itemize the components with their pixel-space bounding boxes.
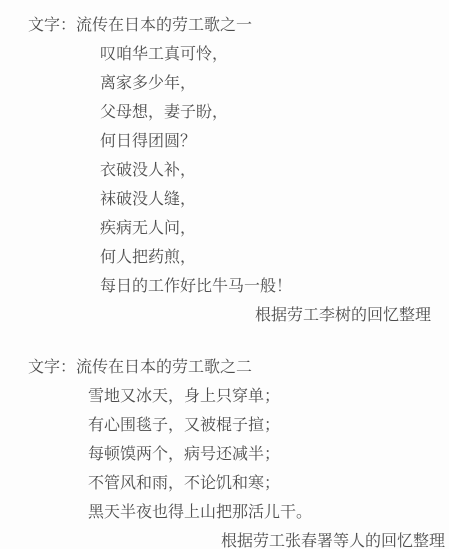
- verse-line: 有心围毯子，又被棍子揎；: [0, 410, 449, 439]
- verse-line: 衣破没人补，: [0, 155, 449, 184]
- song-section-2: 文字：流传在日本的劳工歌之二 雪地又冰天，身上只穿单； 有心围毯子，又被棍子揎；…: [0, 352, 449, 549]
- section-1-attribution: 根据劳工李树的回忆整理: [0, 300, 449, 329]
- verse-line: 离家多少年，: [0, 68, 449, 97]
- verse-line: 何日得团圆？: [0, 126, 449, 155]
- verse-line: 不管风和雨，不论饥和寒；: [0, 468, 449, 497]
- verse-line: 父母想，妻子盼，: [0, 97, 449, 126]
- verse-line: 何人把药煎，: [0, 242, 449, 271]
- labor-songs-document: 文字：流传在日本的劳工歌之一 叹咱华工真可怜， 离家多少年， 父母想，妻子盼， …: [0, 0, 449, 549]
- verse-line: 疾病无人问，: [0, 213, 449, 242]
- song-section-1: 文字：流传在日本的劳工歌之一 叹咱华工真可怜， 离家多少年， 父母想，妻子盼， …: [0, 10, 449, 329]
- verse-line: 黑天半夜也得上山把那活儿干。: [0, 497, 449, 526]
- verse-line: 每顿馍两个，病号还减半；: [0, 439, 449, 468]
- section-1-heading: 文字：流传在日本的劳工歌之一: [0, 10, 449, 39]
- section-gap: [0, 329, 449, 352]
- verse-line: 袜破没人缝，: [0, 184, 449, 213]
- section-2-attribution: 根据劳工张春署等人的回忆整理: [0, 526, 449, 549]
- verse-line: 每日的工作好比牛马一般！: [0, 271, 449, 300]
- document-page: { "page": { "background": "#fdfdfd", "te…: [0, 0, 449, 549]
- section-2-heading: 文字：流传在日本的劳工歌之二: [0, 352, 449, 381]
- verse-line: 雪地又冰天，身上只穿单；: [0, 381, 449, 410]
- verse-line: 叹咱华工真可怜，: [0, 39, 449, 68]
